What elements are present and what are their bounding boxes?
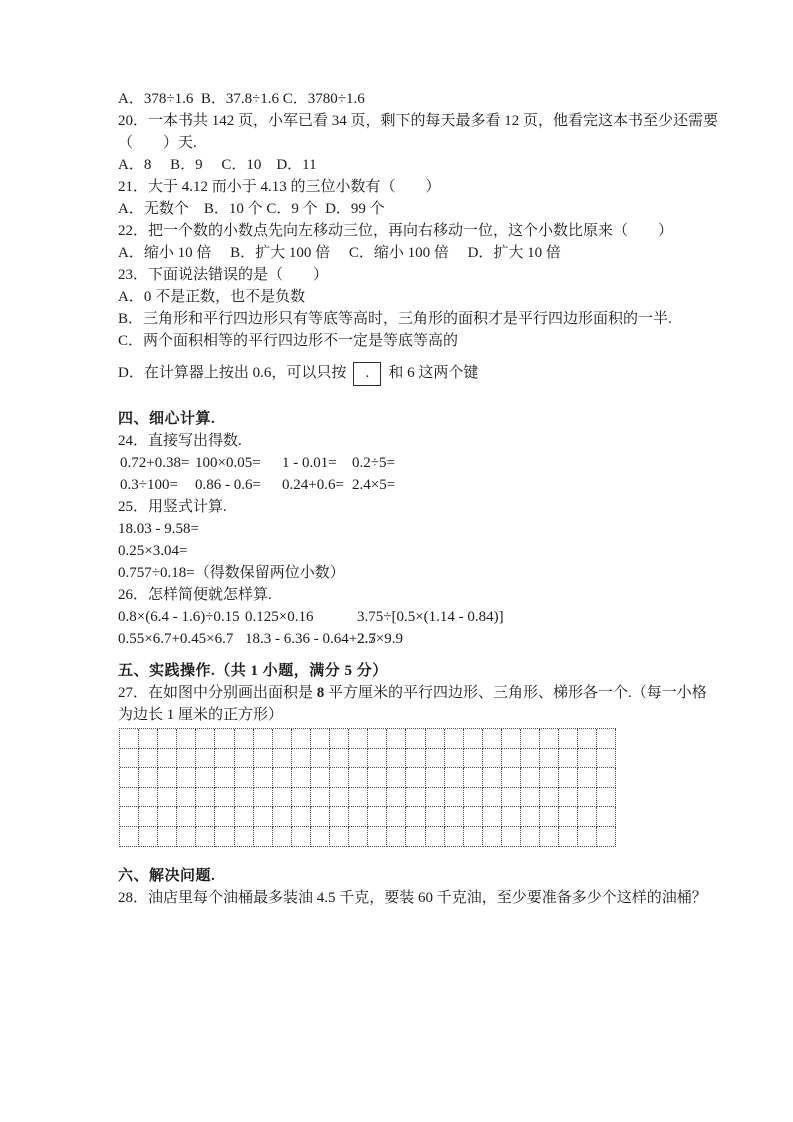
grid-cell [349, 788, 368, 808]
q23-option-c: C．两个面积相等的平行四边形不一定是等底等高的 [118, 330, 733, 352]
grid-cell [292, 729, 311, 749]
grid-cell [330, 729, 349, 749]
grid-cell [349, 807, 368, 827]
grid-cell [540, 827, 559, 847]
grid-cell [215, 827, 234, 847]
q26-row1: 0.8×(6.4 - 1.6)÷0.15 0.125×0.16 3.75÷[0.… [118, 606, 733, 628]
grid-cell [235, 729, 254, 749]
grid-cell [330, 827, 349, 847]
grid-cell [177, 749, 196, 769]
grid-cell [330, 768, 349, 788]
grid-cell [445, 827, 464, 847]
grid-cell [235, 768, 254, 788]
decimal-point-key-label: . [365, 365, 369, 381]
q21-text: 21．大于 4.12 而小于 4.13 的三位小数有（ ） [118, 176, 733, 198]
grid-cell [540, 729, 559, 749]
grid-cell [426, 788, 445, 808]
q24-expression: 0.72+0.38= [120, 452, 189, 474]
grid-cell [273, 788, 292, 808]
grid-cell [426, 768, 445, 788]
q24-expression: 2.4×5= [352, 474, 395, 496]
grid-cell [559, 729, 578, 749]
grid-cell [139, 788, 158, 808]
grid-cell [540, 768, 559, 788]
grid-cell [215, 729, 234, 749]
grid-cell [578, 788, 597, 808]
grid-cell [196, 788, 215, 808]
q28-text: 28．油店里每个油桶最多装油 4.5 千克，要装 60 千克油，至少要准备多少个… [118, 887, 733, 909]
grid-cell [158, 807, 177, 827]
grid-cell [578, 749, 597, 769]
grid-cell [559, 788, 578, 808]
grid-cell [578, 827, 597, 847]
q24-row2: 0.3÷100= 0.86 - 0.6= 0.24+0.6= 2.4×5= [118, 474, 733, 496]
q26-expression: 0.125×0.16 [245, 606, 313, 628]
q23-option-b: B．三角形和平行四边形只有等底等高时，三角形的面积才是平行四边形面积的一半. [118, 308, 733, 330]
grid-cell [215, 788, 234, 808]
q23-option-d-pre: D．在计算器上按出 0.6，可以只按 [118, 365, 346, 381]
grid-cell [254, 749, 273, 769]
grid-cell [196, 749, 215, 769]
grid-cell [158, 749, 177, 769]
q25-expression: 0.757÷0.18=（得数保留两位小数） [118, 562, 733, 584]
q25-expression: 18.03 - 9.58= [118, 518, 733, 540]
q23-option-a: A．0 不是正数，也不是负数 [118, 286, 733, 308]
grid-cell [292, 807, 311, 827]
q24-expression: 1 - 0.01= [282, 452, 337, 474]
grid-cell [177, 827, 196, 847]
grid-cell [158, 788, 177, 808]
drawing-grid [119, 728, 616, 847]
grid-cell [445, 807, 464, 827]
grid-cell [483, 788, 502, 808]
grid-cell [387, 827, 406, 847]
grid-cell [445, 749, 464, 769]
grid-cell [254, 768, 273, 788]
q22-text: 22．把一个数的小数点先向左移动三位，再向右移动一位，这个小数比原来（ ） [118, 220, 733, 242]
grid-cell [521, 807, 540, 827]
q20-options: A．8 B．9 C．10 D．11 [118, 154, 733, 176]
grid-cell [311, 807, 330, 827]
grid-cell [196, 768, 215, 788]
grid-cell [349, 729, 368, 749]
grid-cell [311, 729, 330, 749]
grid-cell [196, 729, 215, 749]
grid-cell [273, 768, 292, 788]
grid-cell [464, 729, 483, 749]
grid-cell [540, 807, 559, 827]
grid-cell [464, 807, 483, 827]
grid-cell [559, 768, 578, 788]
grid-cell [445, 768, 464, 788]
grid-cell [597, 729, 616, 749]
grid-cell [254, 788, 273, 808]
grid-cell [521, 788, 540, 808]
grid-cell [273, 807, 292, 827]
grid-cell [521, 827, 540, 847]
q25-title: 25．用竖式计算. [118, 496, 733, 518]
grid-cell [215, 807, 234, 827]
q24-expression: 0.86 - 0.6= [195, 474, 261, 496]
grid-cell [387, 729, 406, 749]
grid-cell [502, 827, 521, 847]
grid-cell [254, 729, 273, 749]
grid-cell [426, 729, 445, 749]
grid-cell [445, 788, 464, 808]
grid-cell [177, 807, 196, 827]
q24-expression: 100×0.05= [195, 452, 261, 474]
grid-cell [311, 788, 330, 808]
grid-cell [368, 827, 387, 847]
grid-cell [330, 749, 349, 769]
grid-cell [235, 749, 254, 769]
grid-cell [311, 827, 330, 847]
q24-expression: 0.2÷5= [352, 452, 395, 474]
grid-cell [521, 729, 540, 749]
q22-options: A．缩小 10 倍 B．扩大 100 倍 C．缩小 100 倍 D．扩大 10 … [118, 242, 733, 264]
grid-cell [483, 729, 502, 749]
grid-cell [578, 729, 597, 749]
grid-cell [215, 768, 234, 788]
q26-expression: 2.5×9.9 [357, 628, 403, 650]
grid-cell [521, 768, 540, 788]
grid-cell [406, 729, 425, 749]
grid-cell [139, 729, 158, 749]
grid-cell [406, 749, 425, 769]
grid-cell [139, 768, 158, 788]
grid-cell [540, 749, 559, 769]
grid-cell [387, 807, 406, 827]
grid-cell [578, 807, 597, 827]
grid-cell [387, 788, 406, 808]
grid-cell [196, 827, 215, 847]
grid-cell [502, 749, 521, 769]
grid-cell [597, 768, 616, 788]
q26-title: 26．怎样简便就怎样算. [118, 584, 733, 606]
grid-cell [502, 768, 521, 788]
grid-cell [368, 768, 387, 788]
grid-cell [177, 768, 196, 788]
q26-expression: 3.75÷[0.5×(1.14 - 0.84)] [357, 606, 504, 628]
grid-cell [406, 768, 425, 788]
q20-text: 20．一本书共 142 页，小军已看 34 页，剩下的每天最多看 12 页，他看… [118, 110, 733, 132]
grid-cell [464, 788, 483, 808]
grid-cell [235, 788, 254, 808]
grid-cell [349, 827, 368, 847]
grid-cell [597, 788, 616, 808]
grid-cell [120, 788, 139, 808]
grid-cell [139, 827, 158, 847]
grid-cell [368, 749, 387, 769]
q23-option-d: D．在计算器上按出 0.6，可以只按.和 6 这两个键 [118, 356, 733, 390]
grid-cell [196, 807, 215, 827]
grid-cell [158, 729, 177, 749]
grid-cell [292, 768, 311, 788]
grid-cell [559, 827, 578, 847]
grid-cell [597, 749, 616, 769]
grid-cell [426, 807, 445, 827]
grid-cell [349, 768, 368, 788]
grid-cell [177, 729, 196, 749]
grid-cell [502, 729, 521, 749]
grid-cell [139, 807, 158, 827]
grid-cell [311, 768, 330, 788]
grid-cell [464, 827, 483, 847]
grid-cell [292, 827, 311, 847]
grid-cell [464, 749, 483, 769]
q21-options: A．无数个 B．10 个 C．9 个 D．99 个 [118, 198, 733, 220]
grid-cell [464, 768, 483, 788]
q23-text: 23．下面说法错误的是（ ） [118, 264, 733, 286]
grid-cell [139, 749, 158, 769]
grid-cell [120, 749, 139, 769]
grid-cell [502, 807, 521, 827]
grid-cell [445, 729, 464, 749]
grid-cell [597, 807, 616, 827]
q26-expression: 0.55×6.7+0.45×6.7 [118, 628, 233, 650]
grid-cell [254, 807, 273, 827]
grid-cell [349, 749, 368, 769]
grid-cell [235, 827, 254, 847]
grid-cell [387, 768, 406, 788]
grid-cell [273, 827, 292, 847]
grid-cell [158, 827, 177, 847]
grid-cell [330, 807, 349, 827]
grid-cell [578, 768, 597, 788]
grid-cell [254, 827, 273, 847]
grid-cell [559, 807, 578, 827]
grid-cell [120, 827, 139, 847]
q20-text-blank: （ ）天. [118, 132, 733, 154]
grid-cell [426, 827, 445, 847]
grid-cell [120, 807, 139, 827]
q27-text-line2: 为边长 1 厘米的正方形） [118, 704, 733, 726]
grid-cell [311, 749, 330, 769]
grid-cell [273, 749, 292, 769]
q19-options: A．378÷1.6 B．37.8÷1.6 C．3780÷1.6 [118, 88, 733, 110]
q25-expression: 0.25×3.04= [118, 540, 733, 562]
section4-title: 四、细心计算. [118, 408, 733, 430]
q24-expression: 0.24+0.6= [282, 474, 344, 496]
grid-cell [483, 807, 502, 827]
section5-title: 五、实践操作.（共 1 小题，满分 5 分） [118, 660, 733, 682]
grid-cell [483, 827, 502, 847]
grid-cell [368, 807, 387, 827]
grid-cell [273, 729, 292, 749]
grid-cell [368, 729, 387, 749]
q24-row1: 0.72+0.38= 100×0.05= 1 - 0.01= 0.2÷5= [118, 452, 733, 474]
q26-row2: 0.55×6.7+0.45×6.7 18.3 - 6.36 - 0.64+2.7… [118, 628, 733, 650]
q24-expression: 0.3÷100= [120, 474, 178, 496]
grid-cell [120, 729, 139, 749]
grid-cell [215, 749, 234, 769]
grid-cell [406, 788, 425, 808]
grid-cell [540, 788, 559, 808]
grid-cell [387, 749, 406, 769]
grid-cell [483, 749, 502, 769]
section6-title: 六、解决问题. [118, 865, 733, 887]
grid-cell [235, 807, 254, 827]
grid-cell [368, 788, 387, 808]
q23-option-d-post: 和 6 这两个键 [388, 365, 478, 381]
grid-cell [177, 788, 196, 808]
decimal-point-key-box: . [353, 362, 381, 386]
q27-text: 27．在如图中分别画出面积是 8 平方厘米的平行四边形、三角形、梯形各一个.（每… [118, 682, 733, 704]
grid-cell [426, 749, 445, 769]
grid-cell [406, 807, 425, 827]
q26-expression: 0.8×(6.4 - 1.6)÷0.15 [118, 606, 240, 628]
grid-cell [330, 788, 349, 808]
grid-cell [158, 768, 177, 788]
grid-cell [120, 768, 139, 788]
grid-cell [483, 768, 502, 788]
grid-cell [292, 749, 311, 769]
grid-cell [502, 788, 521, 808]
q27-text-pre: 27．在如图中分别画出面积是 [118, 685, 317, 701]
grid-cell [597, 827, 616, 847]
grid-cell [292, 788, 311, 808]
grid-cell [406, 827, 425, 847]
q27-text-post: 平方厘米的平行四边形、三角形、梯形各一个.（每一小格 [324, 685, 707, 701]
q24-title: 24．直接写出得数. [118, 430, 733, 452]
grid-cell [559, 749, 578, 769]
exam-page: A．378÷1.6 B．37.8÷1.6 C．3780÷1.6 20．一本书共 … [0, 0, 793, 1122]
grid-cell [521, 749, 540, 769]
